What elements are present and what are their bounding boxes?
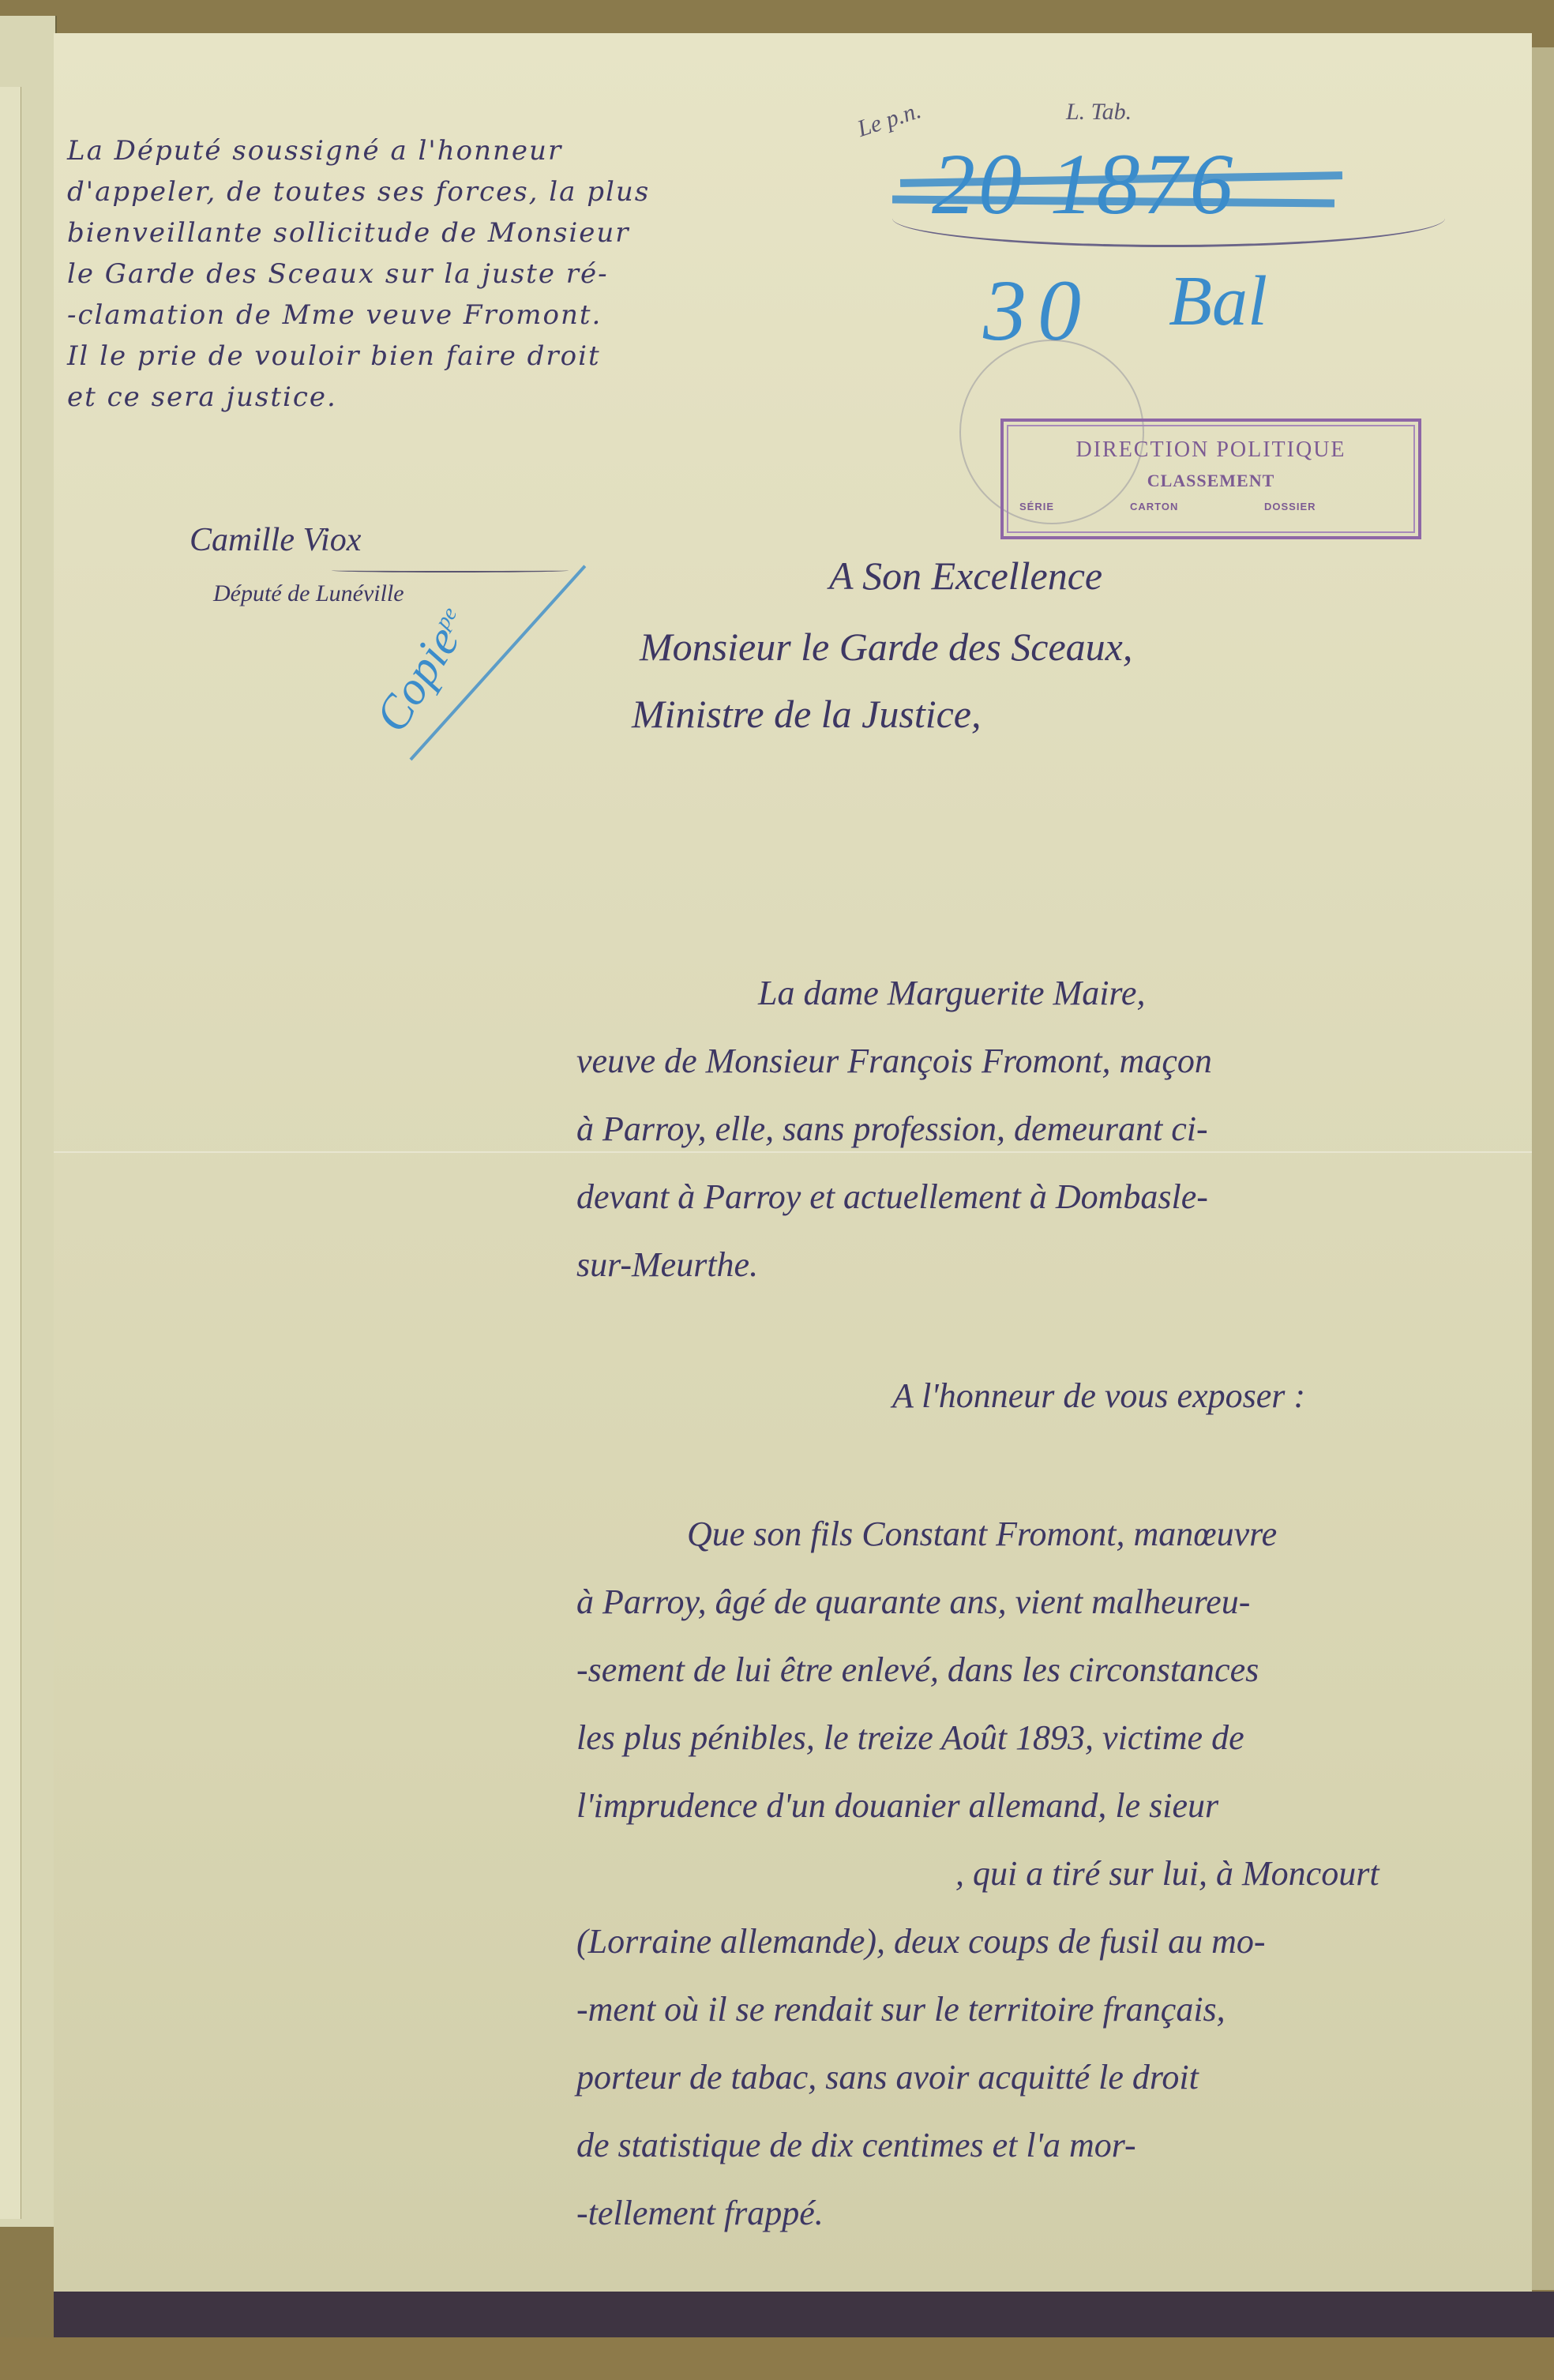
- margin-note-line: d'appeler, de toutes ses forces, la plus: [67, 171, 809, 212]
- pencil-reference-tab: L. Tab.: [1066, 99, 1132, 126]
- pencil-underline-arc: [892, 190, 1445, 247]
- margin-note-line: -clamation de Mme veuve Fromont.: [67, 295, 809, 336]
- body-line: Que son fils Constant Fromont, manœuvre: [576, 1500, 1492, 1568]
- body-line: -sement de lui être enlevé, dans les cir…: [576, 1636, 1492, 1704]
- body-line: de statistique de dix centimes et l'a mo…: [576, 2112, 1492, 2179]
- body-line: veuve de Monsieur François Fromont, maço…: [576, 1027, 1492, 1095]
- body-line: l'imprudence d'un douanier allemand, le …: [576, 1772, 1492, 1840]
- classification-stamp: DIRECTION POLITIQUE CLASSEMENT SÉRIE CAR…: [1000, 419, 1421, 539]
- body-line: -tellement frappé.: [576, 2179, 1492, 2247]
- body-paragraph-petitioner: La dame Marguerite Maire, veuve de Monsi…: [576, 959, 1492, 1299]
- body-paragraph-intro: A l'honneur de vous exposer :: [576, 1362, 1492, 1430]
- body-line: , qui a tiré sur lui, à Moncourt: [576, 1840, 1492, 1908]
- stamp-field-serie: SÉRIE: [1019, 501, 1054, 512]
- margin-note-line: bienveillante sollicitude de Monsieur: [67, 212, 809, 253]
- stamp-title: DIRECTION POLITIQUE: [1004, 437, 1418, 463]
- signature-flourish: [332, 569, 569, 572]
- body-line: porteur de tabac, sans avoir acquitté le…: [576, 2044, 1492, 2112]
- stamp-field-carton: CARTON: [1130, 501, 1178, 512]
- body-line: les plus pénibles, le treize Août 1893, …: [576, 1704, 1492, 1772]
- body-line: sur-Meurthe.: [576, 1231, 1492, 1299]
- page-shadow: [54, 2292, 1554, 2339]
- signature-title: Député de Lunéville: [213, 580, 404, 607]
- margin-note-line: Il le prie de vouloir bien faire droit: [67, 336, 809, 377]
- body-line: à Parroy, elle, sans profession, demeura…: [576, 1095, 1492, 1163]
- underlying-sheet-edge: [0, 87, 21, 2219]
- body-line: -ment où il se rendait sur le territoire…: [576, 1976, 1492, 2044]
- margin-note: La Député soussigné a l'honneur d'appele…: [67, 130, 809, 418]
- body-line: (Lorraine allemande), deux coups de fusi…: [576, 1908, 1492, 1976]
- stamp-subtitle: CLASSEMENT: [1004, 471, 1418, 491]
- stamp-field-dossier: DOSSIER: [1264, 501, 1316, 512]
- file-number-suffix: Bal: [1169, 261, 1267, 342]
- body-line: A l'honneur de vous exposer :: [576, 1362, 1492, 1430]
- margin-note-line: La Député soussigné a l'honneur: [67, 130, 809, 171]
- signature: Camille Viox: [190, 521, 361, 559]
- table-surface: [0, 2337, 1554, 2380]
- body-paragraph-facts: Que son fils Constant Fromont, manœuvre …: [576, 1500, 1492, 2247]
- margin-note-line: le Garde des Sceaux sur la juste ré-: [67, 253, 809, 295]
- margin-note-line: et ce sera justice.: [67, 377, 809, 418]
- body-line: La dame Marguerite Maire,: [576, 959, 1492, 1027]
- salutation-line: Monsieur le Garde des Sceaux,: [640, 624, 1132, 670]
- body-line: à Parroy, âgé de quarante ans, vient mal…: [576, 1568, 1492, 1636]
- underlying-sheet: [0, 16, 57, 2227]
- salutation-line: Ministre de la Justice,: [632, 691, 981, 737]
- body-line: devant à Parroy et actuellement à Dombas…: [576, 1163, 1492, 1231]
- salutation-line: A Son Excellence: [829, 553, 1102, 599]
